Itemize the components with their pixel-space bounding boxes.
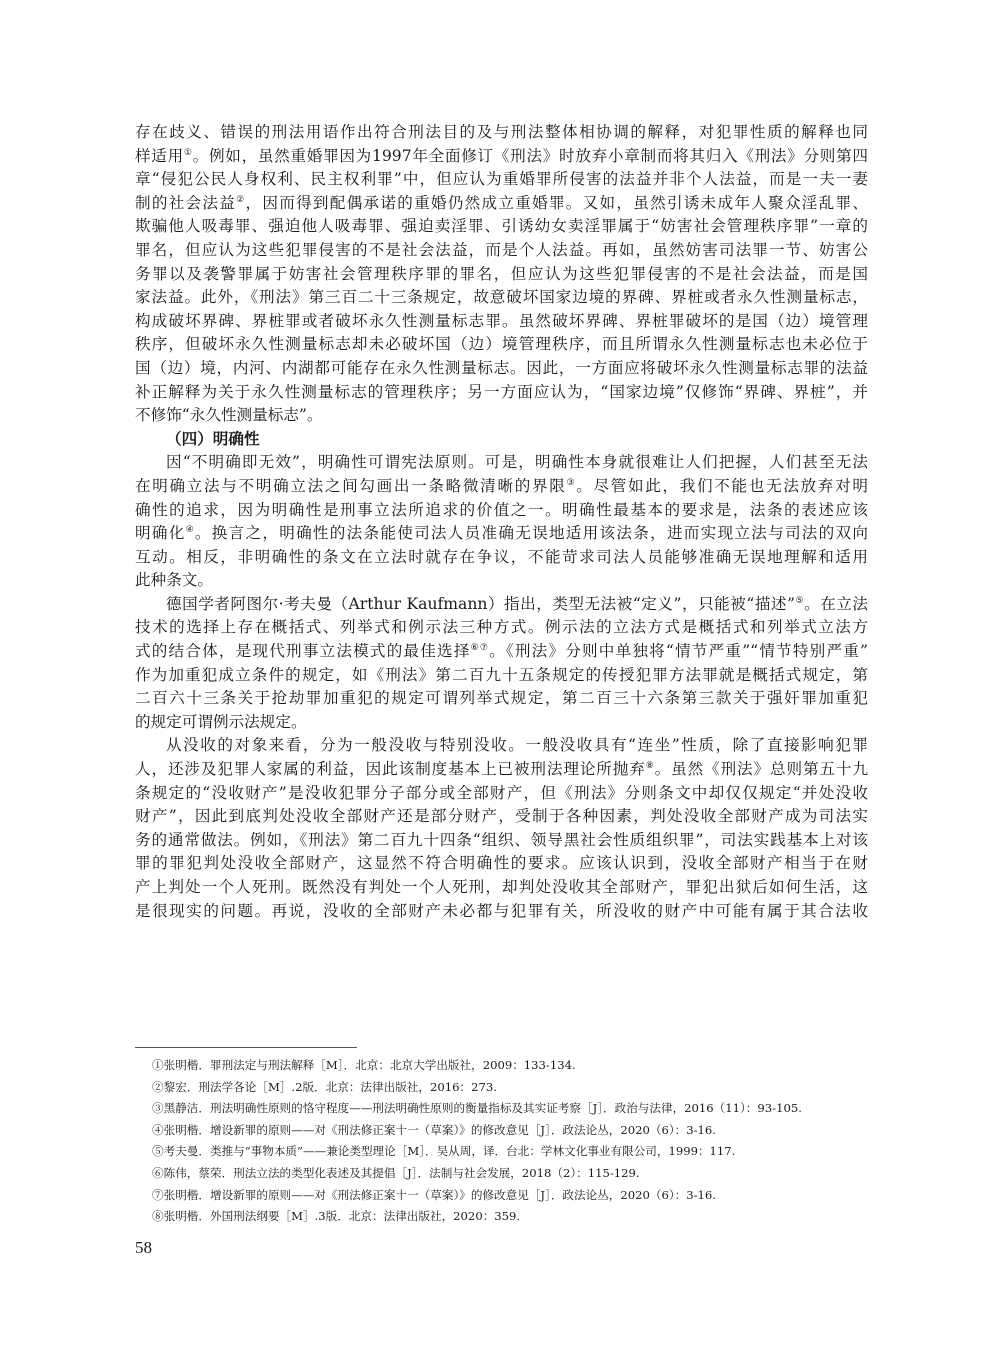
footnote-separator xyxy=(135,1047,357,1048)
line-text: 章“侵犯公民人身权利、民主权利罪”中，但应认为重婚罪所侵害的法益并非个人法益，而… xyxy=(135,170,868,188)
footnote: ⑦张明楷．增设新罪的原则——对《刑法修正案十一（草案）》的修改意见［J］．政法论… xyxy=(152,1185,872,1207)
line-text: 国（边）境，内河、内湖都可能存在永久性测量标志。因此，一方面应将破坏永久性测量标… xyxy=(135,359,868,377)
line-text: 。换言之，明确性的法条能使司法人员准确无误地适用该法条，进而实现立法与司法的双向 xyxy=(195,524,868,542)
line-text: 制的社会法益 xyxy=(135,194,236,212)
text-line: 财产”，因此到底判处没收全部财产还是部分财产，受制于各种因素，判处没收全部财产成… xyxy=(135,805,868,829)
line-text: 是很现实的问题。再说，没收的全部财产未必都与犯罪有关，所没收的财产中可能有属于其… xyxy=(135,902,868,920)
footnote-marker[interactable]: ④ xyxy=(186,525,195,535)
footnote-marker[interactable]: ⑤ xyxy=(795,596,804,606)
text-line: 因“不明确即无效”，明确性可谓宪法原则。可是，明确性本身就很难让人们把握，人们甚… xyxy=(135,451,868,475)
section-heading: （四）明确性 xyxy=(135,428,868,452)
line-text: 因“不明确即无效”，明确性可谓宪法原则。可是，明确性本身就很难让人们把握，人们甚… xyxy=(166,453,868,471)
line-text: 二百六十三条关于抢劫罪加重犯的规定可谓列举式规定，第二百三十六条第三款关于强奸罪… xyxy=(135,689,868,707)
text-line: 德国学者阿图尔·考夫曼（Arthur Kaufmann）指出，类型无法被“定义”… xyxy=(135,593,868,617)
line-text: 作为加重犯成立条件的规定，如《刑法》第二百九十五条规定的传授犯罪方法罪就是概括式… xyxy=(135,666,868,684)
text-line: 家法益。此外，《刑法》第三百二十三条规定，故意破坏国家边境的界碑、界桩或者永久性… xyxy=(135,286,868,310)
text-line: 是很现实的问题。再说，没收的全部财产未必都与犯罪有关，所没收的财产中可能有属于其… xyxy=(135,900,868,924)
line-text: 存在歧义、错误的刑法用语作出符合刑法目的及与刑法整体相协调的解释，对犯罪性质的解… xyxy=(135,123,868,141)
text-line: 在明确立法与不明确立法之间勾画出一条略微清晰的界限③。尽管如此，我们不能也无法放… xyxy=(135,475,868,499)
line-text: 财产”，因此到底判处没收全部财产还是部分财产，受制于各种因素，判处没收全部财产成… xyxy=(135,807,868,825)
line-text: 此种条文。 xyxy=(135,571,213,589)
line-text: 。虽然《刑法》总则第五十九 xyxy=(655,760,868,778)
text-line: 作为加重犯成立条件的规定，如《刑法》第二百九十五条规定的传授犯罪方法罪就是概括式… xyxy=(135,664,868,688)
footnote: ①张明楷．罪刑法定与刑法解释［M］．北京：北京大学出版社，2009：133-13… xyxy=(152,1055,872,1077)
body-text: 存在歧义、错误的刑法用语作出符合刑法目的及与刑法整体相协调的解释，对犯罪性质的解… xyxy=(135,121,868,923)
footnote-marker[interactable]: ⑥⑦ xyxy=(471,643,490,653)
footnote: ⑤考夫曼．类推与“事物本质”——兼论类型理论［M］．吴从周，译．台北：学林文化事… xyxy=(152,1141,872,1163)
footnote: ②黎宏．刑法学各论［M］.2版．北京：法律出版社，2016：273. xyxy=(152,1077,872,1099)
footnote-marker[interactable]: ② xyxy=(236,195,245,205)
line-text: 样适用 xyxy=(135,147,184,165)
text-line: 从没收的对象来看，分为一般没收与特别没收。一般没收具有“连坐”性质，除了直接影响… xyxy=(135,734,868,758)
text-line: 二百六十三条关于抢劫罪加重犯的规定可谓列举式规定，第二百三十六条第三款关于强奸罪… xyxy=(135,687,868,711)
text-line: 国（边）境，内河、内湖都可能存在永久性测量标志。因此，一方面应将破坏永久性测量标… xyxy=(135,357,868,381)
footnote-marker[interactable]: ① xyxy=(184,148,193,158)
text-line: 的规定可谓例示法规定。 xyxy=(135,711,868,735)
line-text: 秩序，但破坏永久性测量标志却未必破坏国（边）境管理秩序，而且所谓永久性测量标志也… xyxy=(135,335,868,353)
text-line: 此种条文。 xyxy=(135,569,868,593)
line-text: 式的结合体，是现代刑事立法模式的最佳选择 xyxy=(135,642,471,660)
text-line: 务罪以及袭警罪属于妨害社会管理秩序罪的罪名，但应认为这些犯罪侵害的不是社会法益，… xyxy=(135,263,868,287)
line-text: 的规定可谓例示法规定。 xyxy=(135,713,307,731)
line-text: 家法益。此外，《刑法》第三百二十三条规定，故意破坏国家边境的界碑、界桩或者永久性… xyxy=(135,288,868,306)
footnote: ⑥陈伟，蔡荣．刑法立法的类型化表述及其提倡［J］．法制与社会发展，2018（2）… xyxy=(152,1163,872,1185)
line-text: 。例如，虽然重婚罪因为1997年全面修订《刑法》时放弃小章制而将其归入《刑法》分… xyxy=(193,147,868,165)
text-line: 构成破坏界碑、界桩罪或者破坏永久性测量标志罪。虽然破坏界碑、界桩罪破坏的是国（边… xyxy=(135,310,868,334)
line-text: 技术的选择上存在概括式、列举式和例示法三种方式。例示法的立法方式是概括式和列举式… xyxy=(135,618,868,636)
footnote-marker[interactable]: ③ xyxy=(566,478,576,488)
text-line: 欺骗他人吸毒罪、强迫他人吸毒罪、强迫卖淫罪、引诱幼女卖淫罪属于“妨害社会管理秩序… xyxy=(135,215,868,239)
line-text: ，因而得到配偶承诺的重婚仍然成立重婚罪。又如，虽然引诱未成年人聚众淫乱罪、 xyxy=(246,194,868,212)
line-text: 明确化 xyxy=(135,524,186,542)
line-text: 确性的追求，因为明确性是刑事立法所追求的价值之一。明确性最基本的要求是，法条的表… xyxy=(135,501,868,519)
footnote: ⑧张明楷．外国刑法纲要［M］.3版．北京：法律出版社，2020：359. xyxy=(152,1206,872,1228)
line-text: 欺骗他人吸毒罪、强迫他人吸毒罪、强迫卖淫罪、引诱幼女卖淫罪属于“妨害社会管理秩序… xyxy=(135,217,868,235)
line-text: 。尽管如此，我们不能也无法放弃对明 xyxy=(576,477,868,495)
text-line: 式的结合体，是现代刑事立法模式的最佳选择⑥⑦。《刑法》分则中单独将“情节严重”“… xyxy=(135,640,868,664)
text-line: 罪的罪犯判处没收全部财产，这显然不符合明确性的要求。应该认识到，没收全部财产相当… xyxy=(135,852,868,876)
line-text: 条规定的“没收财产”是没收犯罪分子部分或全部财产，但《刑法》分则条文中却仅仅规定… xyxy=(135,784,868,802)
text-line: 确性的追求，因为明确性是刑事立法所追求的价值之一。明确性最基本的要求是，法条的表… xyxy=(135,499,868,523)
line-text: 罪名，但应认为这些犯罪侵害的不是社会法益，而是个人法益。再如，虽然妨害司法罪一节… xyxy=(135,241,868,259)
line-text: 务的通常做法。例如，《刑法》第二百九十四条“组织、领导黑社会性质组织罪”，司法实… xyxy=(135,831,868,849)
line-text: 互动。相反，非明确性的条文在立法时就存在争议，不能苛求司法人员能够准确无误地理解… xyxy=(135,548,868,566)
text-line: 不修饰“永久性测量标志”。 xyxy=(135,404,868,428)
text-line: 明确化④。换言之，明确性的法条能使司法人员准确无误地适用该法条，进而实现立法与司… xyxy=(135,522,868,546)
paragraph-block-1: 存在歧义、错误的刑法用语作出符合刑法目的及与刑法整体相协调的解释，对犯罪性质的解… xyxy=(135,121,868,428)
text-line: 补正解释为关于永久性测量标志的管理秩序；另一方面应认为，“国家边境”仅修饰“界碑… xyxy=(135,381,868,405)
footnotes: ①张明楷．罪刑法定与刑法解释［M］．北京：北京大学出版社，2009：133-13… xyxy=(152,1055,872,1228)
line-text: 人，还涉及犯罪人家属的利益，因此该制度基本上已被刑法理论所抛弃 xyxy=(135,760,646,778)
text-line: 秩序，但破坏永久性测量标志却未必破坏国（边）境管理秩序，而且所谓永久性测量标志也… xyxy=(135,333,868,357)
line-text: 务罪以及袭警罪属于妨害社会管理秩序罪的罪名，但应认为这些犯罪侵害的不是社会法益，… xyxy=(135,265,868,283)
text-line: 罪名，但应认为这些犯罪侵害的不是社会法益，而是个人法益。再如，虽然妨害司法罪一节… xyxy=(135,239,868,263)
line-text: 不修饰“永久性测量标志”。 xyxy=(135,406,322,424)
text-line: 人，还涉及犯罪人家属的利益，因此该制度基本上已被刑法理论所抛弃⑧。虽然《刑法》总… xyxy=(135,758,868,782)
text-line: 互动。相反，非明确性的条文在立法时就存在争议，不能苛求司法人员能够准确无误地理解… xyxy=(135,546,868,570)
text-line: 章“侵犯公民人身权利、民主权利罪”中，但应认为重婚罪所侵害的法益并非个人法益，而… xyxy=(135,168,868,192)
page-number: 58 xyxy=(135,1238,152,1258)
footnote: ④张明楷．增设新罪的原则——对《刑法修正案十一（草案）》的修改意见［J］．政法论… xyxy=(152,1120,872,1142)
line-text: 。《刑法》分则中单独将“情节严重”“情节特别严重” xyxy=(489,642,868,660)
text-line: 技术的选择上存在概括式、列举式和例示法三种方式。例示法的立法方式是概括式和列举式… xyxy=(135,616,868,640)
paragraph-block-2: 因“不明确即无效”，明确性可谓宪法原则。可是，明确性本身就很难让人们把握，人们甚… xyxy=(135,451,868,923)
text-line: 产上判处一个人死刑。既然没有判处一个人死刑，却判处没收其全部财产，罪犯出狱后如何… xyxy=(135,876,868,900)
text-line: 条规定的“没收财产”是没收犯罪分子部分或全部财产，但《刑法》分则条文中却仅仅规定… xyxy=(135,782,868,806)
line-text: 构成破坏界碑、界桩罪或者破坏永久性测量标志罪。虽然破坏界碑、界桩罪破坏的是国（边… xyxy=(135,312,868,330)
line-text: 。在立法 xyxy=(804,595,868,613)
line-text: 补正解释为关于永久性测量标志的管理秩序；另一方面应认为，“国家边境”仅修饰“界碑… xyxy=(135,383,868,401)
line-text: 德国学者阿图尔·考夫曼（Arthur Kaufmann）指出，类型无法被“定义”… xyxy=(166,595,795,613)
text-line: 存在歧义、错误的刑法用语作出符合刑法目的及与刑法整体相协调的解释，对犯罪性质的解… xyxy=(135,121,868,145)
line-text: 在明确立法与不明确立法之间勾画出一条略微清晰的界限 xyxy=(135,477,566,495)
line-text: 从没收的对象来看，分为一般没收与特别没收。一般没收具有“连坐”性质，除了直接影响… xyxy=(166,736,868,754)
line-text: 产上判处一个人死刑。既然没有判处一个人死刑，却判处没收其全部财产，罪犯出狱后如何… xyxy=(135,878,868,896)
footnote: ③黑静洁．刑法明确性原则的恪守程度——刑法明确性原则的衡量指标及其实证考察［J］… xyxy=(152,1098,872,1120)
text-line: 制的社会法益②，因而得到配偶承诺的重婚仍然成立重婚罪。又如，虽然引诱未成年人聚众… xyxy=(135,192,868,216)
text-line: 务的通常做法。例如，《刑法》第二百九十四条“组织、领导黑社会性质组织罪”，司法实… xyxy=(135,829,868,853)
footnote-marker[interactable]: ⑧ xyxy=(646,761,655,771)
line-text: 罪的罪犯判处没收全部财产，这显然不符合明确性的要求。应该认识到，没收全部财产相当… xyxy=(135,854,868,872)
text-line: 样适用①。例如，虽然重婚罪因为1997年全面修订《刑法》时放弃小章制而将其归入《… xyxy=(135,145,868,169)
